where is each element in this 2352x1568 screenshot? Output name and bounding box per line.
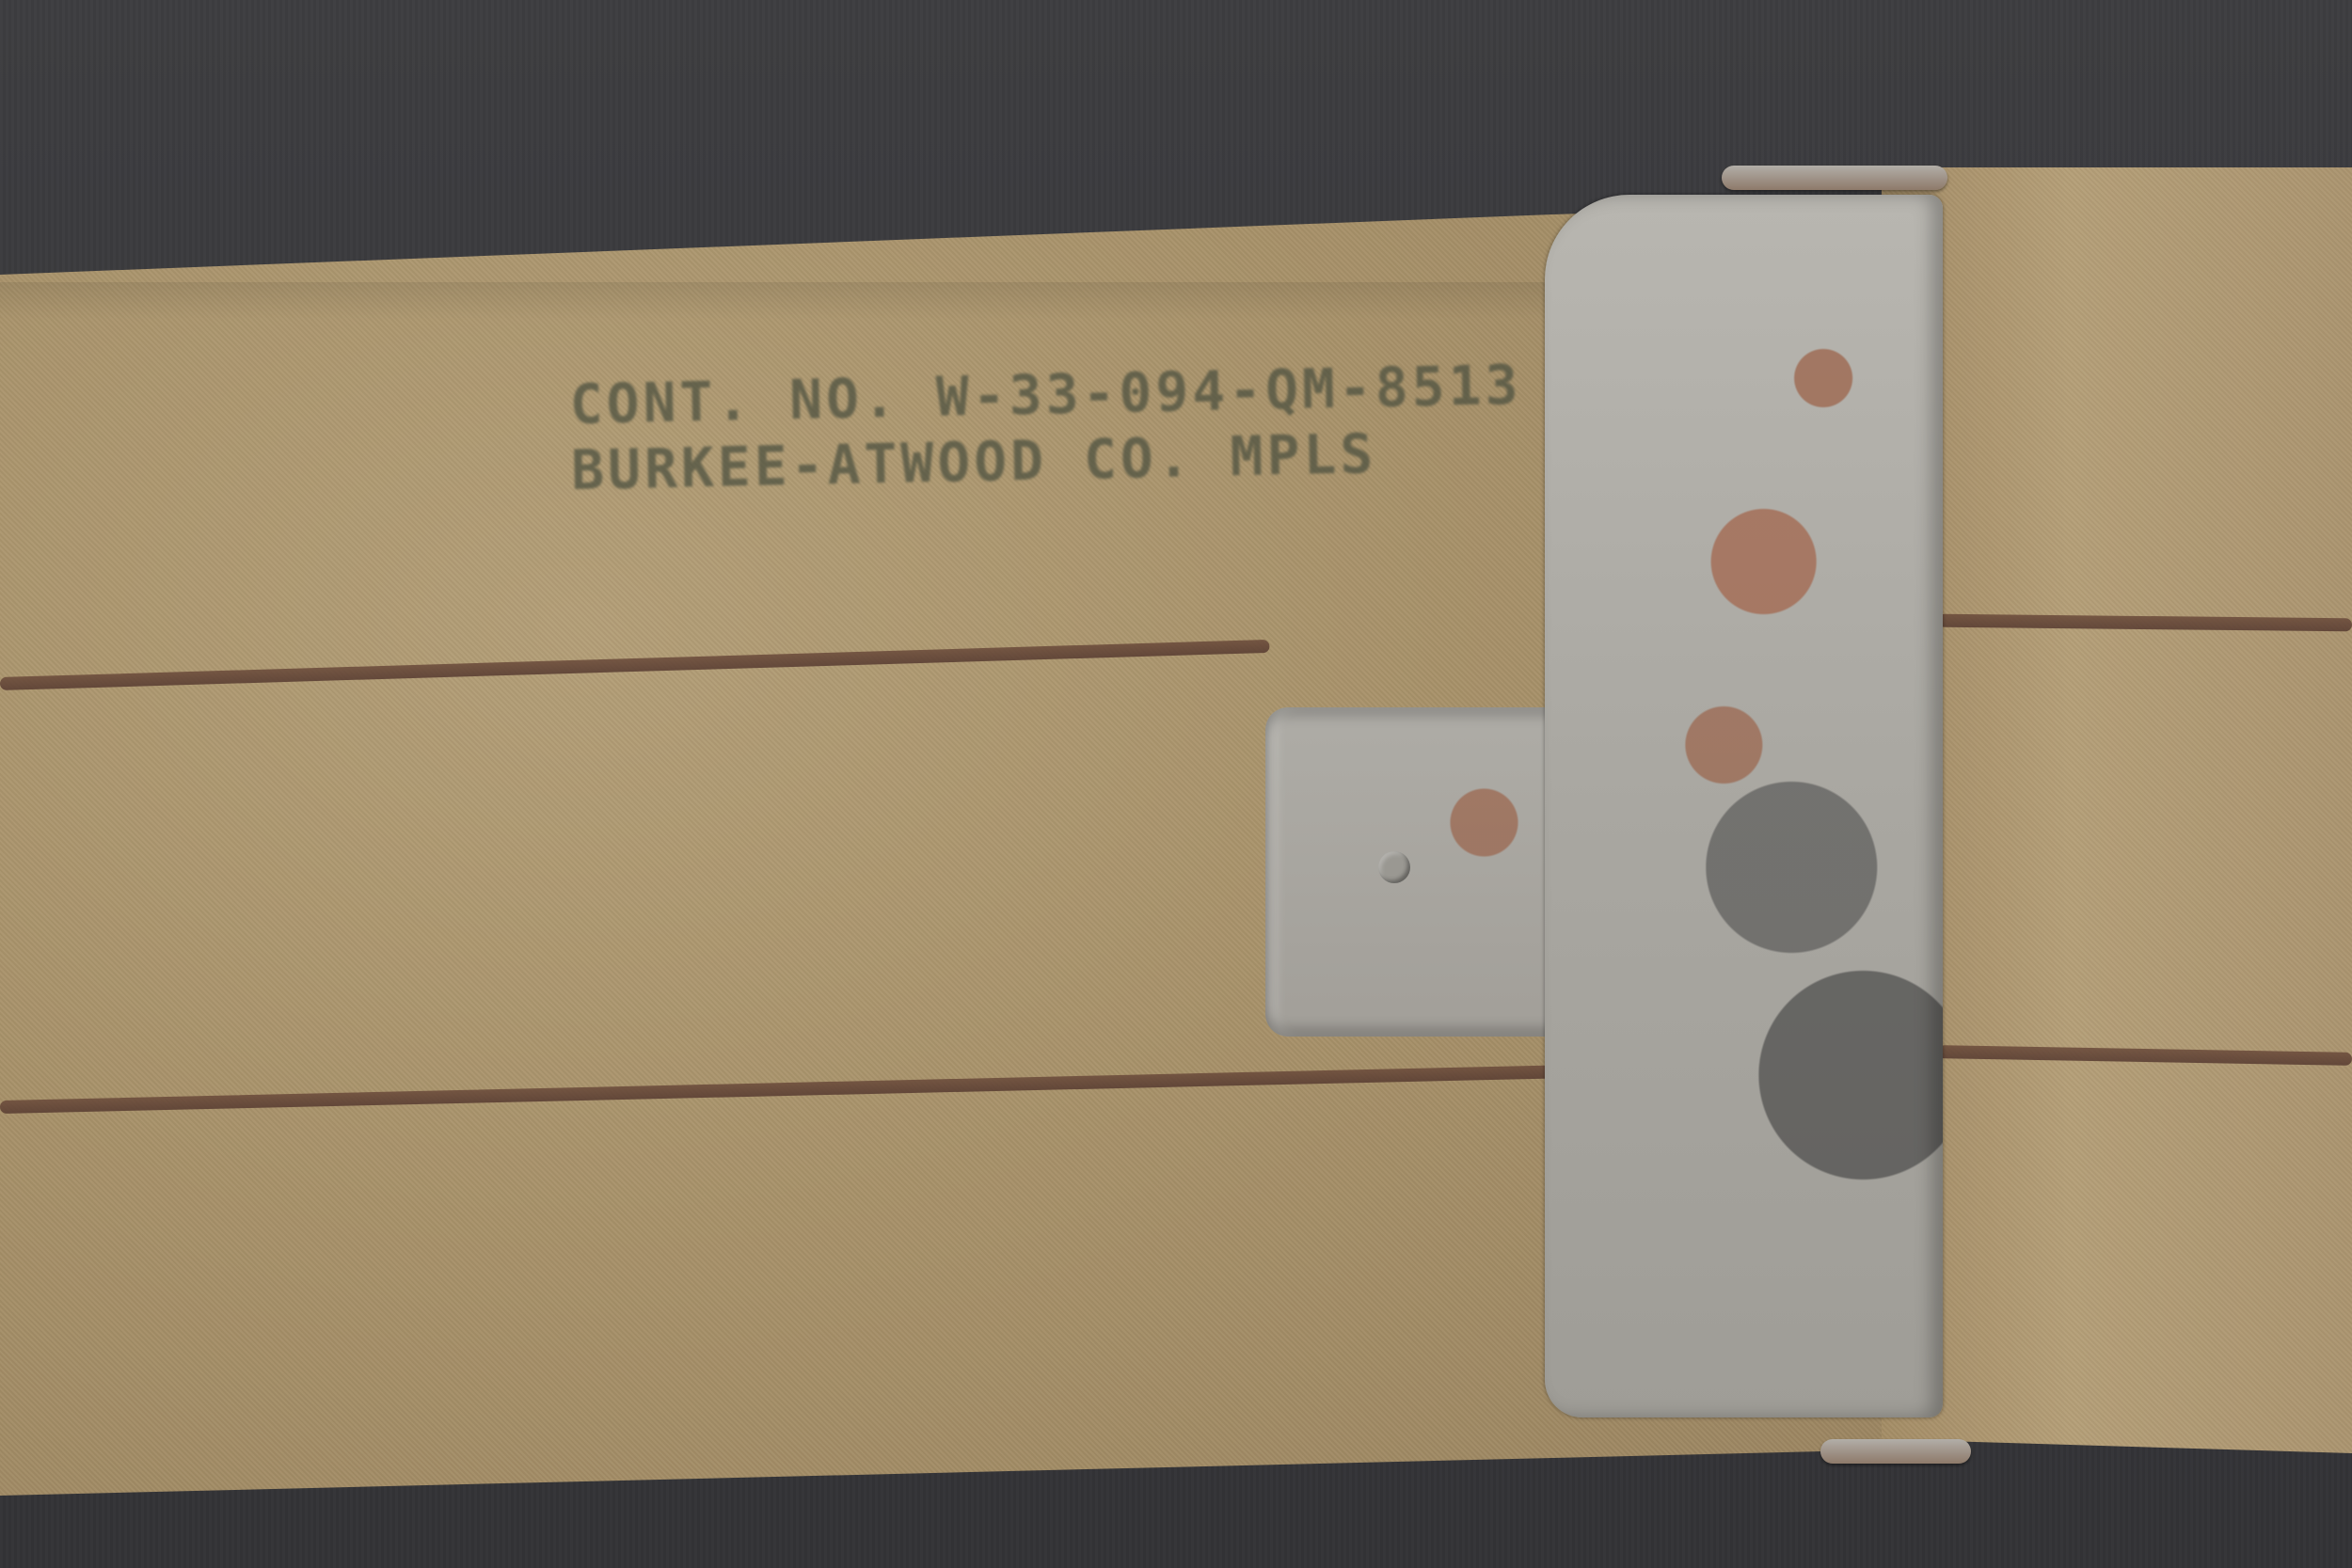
buckle-top-hinge xyxy=(1722,166,1947,190)
buckle-t-arm[interactable] xyxy=(1265,707,1557,1037)
manufacturer-stamp: CONT. NO. W-33-094-QM-8513 BURKEE-ATWOOD… xyxy=(569,352,1524,503)
buckle-rivet xyxy=(1378,851,1410,883)
buckle-plate[interactable] xyxy=(1545,195,1943,1418)
buckle-bottom-hinge xyxy=(1820,1439,1971,1464)
belt-right-section xyxy=(1882,0,2352,1568)
